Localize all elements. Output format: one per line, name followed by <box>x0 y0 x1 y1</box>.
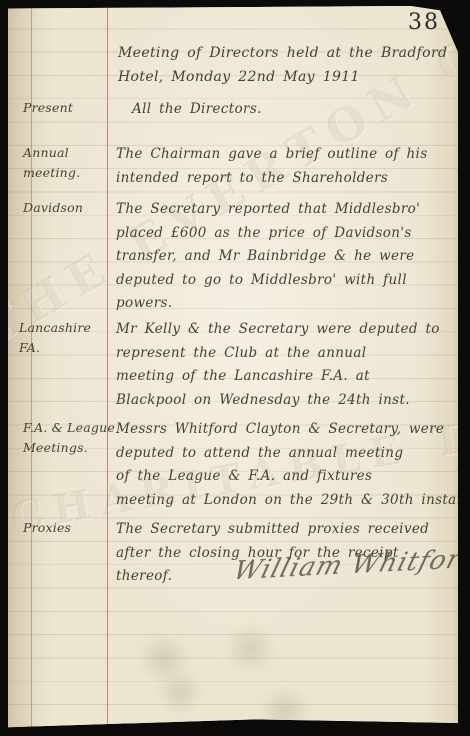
entry-margin-label: Present <box>23 98 115 118</box>
entry-body: Messrs Whitford Clayton & Secretary, wer… <box>116 418 458 512</box>
minute-book-page: THE EVERTON COLLECTION CHARITABLE TRUST … <box>8 6 458 728</box>
paper-stain <box>220 628 280 668</box>
entry-margin-label: Lancashire FA. <box>19 318 111 358</box>
heading-line: Meeting of Directors held at the Bradfor… <box>118 42 447 66</box>
paper-stain <box>256 690 314 728</box>
ledger-photo: { "page": { "number": "38", "heading_lin… <box>0 0 470 736</box>
meeting-heading: Meeting of Directors held at the Bradfor… <box>118 42 447 89</box>
heading-line: Hotel, Monday 22nd May 1911 <box>118 66 447 90</box>
page-number: 38 <box>408 10 440 35</box>
entry-body: The Chairman gave a brief outline of his… <box>116 143 458 190</box>
entry-body: All the Directors. <box>116 98 458 122</box>
entry-margin-label: Davidson <box>23 198 115 218</box>
entry-body: Mr Kelly & the Secretary were deputed to… <box>116 318 458 412</box>
entry-margin-label: Proxies <box>23 518 115 538</box>
paper-stain <box>156 672 204 712</box>
entry-body: The Secretary reported that Middlesbro' … <box>116 198 458 316</box>
entry-margin-label: F.A. & League Meetings. <box>23 418 115 458</box>
entry-margin-label: Annual meeting. <box>23 143 115 183</box>
